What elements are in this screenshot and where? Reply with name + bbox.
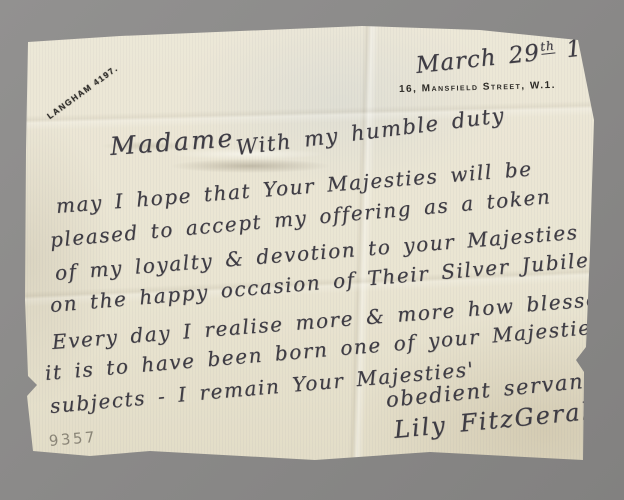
photo-background: Langham 4197. March 29th1935 16, Mansfie…: [0, 0, 624, 500]
date-year: 1935: [565, 31, 624, 63]
letter-paper: Langham 4197. March 29th1935 16, Mansfie…: [0, 0, 624, 500]
date-ordinal: th: [540, 39, 556, 55]
